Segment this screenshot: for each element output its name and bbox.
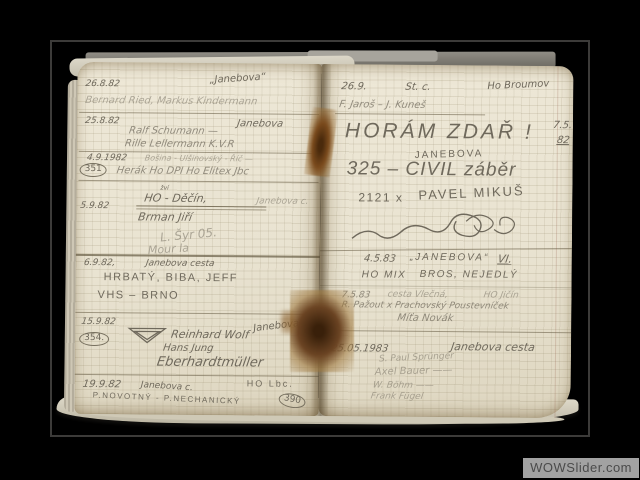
route-name: Janebova xyxy=(236,119,284,129)
climbers-names: P.NOVOTNÝ - P.NECHANICKÝ xyxy=(93,391,241,405)
entry-date: 26.9. xyxy=(341,82,368,92)
entry-date: 15.9.82 xyxy=(81,318,117,327)
climber-name: Reinhard Wolf xyxy=(170,329,249,341)
climber-name: Rille Lellermann K.V.R xyxy=(124,139,235,150)
route-name: cesta Vlečná, xyxy=(387,291,449,301)
signature: W. Böhm —— xyxy=(372,381,434,391)
slider-background: 26.8.82 „Janebova“ Bernard Ried, Markus … xyxy=(0,0,640,480)
route-name: „JANEBOVA“ xyxy=(410,253,490,264)
route-name: Janebova cesta xyxy=(145,259,215,269)
burn-stain-middle xyxy=(290,290,354,372)
ruled-divider xyxy=(320,285,572,288)
entry-date: 25.8.82 xyxy=(84,117,120,126)
route-grade: VI. xyxy=(497,254,513,265)
route-name: „Janebova“ xyxy=(209,73,266,86)
entry-date: 4.9.1982 xyxy=(86,154,127,163)
signature: Frank Fügel xyxy=(370,392,424,401)
margin-line xyxy=(554,66,558,418)
climber-name: Eberhardtmüller xyxy=(156,356,264,370)
page-right: 26.9. St. c. Ho Broumov F. Jaroš – J. Ku… xyxy=(318,64,573,418)
route-name: Janebova c. xyxy=(140,381,193,393)
ruled-divider xyxy=(79,112,319,115)
entry-date: 4.5.83 xyxy=(363,254,396,264)
climbers-names: BROS, NEJEDLÝ xyxy=(420,270,519,281)
club-name: HO Lbc. xyxy=(247,379,294,388)
ruled-divider xyxy=(335,113,485,115)
route-name: St. c. xyxy=(405,83,432,93)
route-name: Janebova cesta xyxy=(450,341,535,353)
slide-photo[interactable]: 26.8.82 „Janebova“ Bernard Ried, Markus … xyxy=(52,42,588,435)
wowslider-watermark-link[interactable]: WOWSlider.com xyxy=(523,458,639,478)
entry-date: 5.9.82 xyxy=(80,202,110,211)
club-name: HO MIX xyxy=(362,270,407,280)
route-name: Janebova c. xyxy=(256,197,309,206)
club-triangle-doodle-icon xyxy=(127,324,167,344)
ruled-divider xyxy=(75,374,319,377)
route-name: Bošina - Ulšinovský - Říč — xyxy=(144,154,253,163)
club-name: HO - Děčín, xyxy=(144,192,208,204)
signature: S. Paul Sprünger xyxy=(379,352,454,364)
ruled-divider xyxy=(319,330,571,333)
ruled-divider xyxy=(320,248,572,251)
entry-date: 7.5. xyxy=(552,121,573,131)
notebook: 26.8.82 „Janebova“ Bernard Ried, Markus … xyxy=(54,48,585,433)
entry-date: 26.8.82 xyxy=(85,80,121,89)
entry-year: 82 xyxy=(556,136,570,146)
climbers-names: Herák Ho DPI Ho Elitex Jbc xyxy=(116,166,250,177)
burn-stain-spot xyxy=(280,310,296,334)
climber-name: Hans Jung xyxy=(162,344,214,354)
climber-name: Ralf Schumann — xyxy=(128,126,218,137)
squiggle-doodle-icon xyxy=(348,198,528,250)
climbers-names: Bernard Ried, Markus Kindermann xyxy=(84,96,258,107)
summit-number-badge: 390 xyxy=(278,391,307,410)
ruled-divider xyxy=(79,180,319,183)
entry-date: 19.9.82 xyxy=(82,380,122,390)
page-left: 26.8.82 „Janebova“ Bernard Ried, Markus … xyxy=(74,62,321,416)
climbers-names: F. Jaroš – J. Kuneš xyxy=(338,100,426,111)
summit-number-badge: 351 xyxy=(80,163,107,177)
climber-name: R. Pažout x Prachovský Poustevníček xyxy=(341,301,510,311)
climber-name: Brman Jiří xyxy=(137,211,193,222)
entry-date: 6.9.82, xyxy=(83,259,116,268)
club-name: Ho Broumov xyxy=(487,79,549,92)
route-line: 325 – CIVIL záběr xyxy=(347,159,517,179)
summit-number-badge: 354. xyxy=(79,332,109,346)
signature: Axel Bauer —— xyxy=(375,366,453,378)
greeting-text: HORÁM ZDAŘ ! xyxy=(345,120,534,143)
climber-name: Míťa Novák xyxy=(397,314,455,324)
club-name: HO Jičín xyxy=(483,291,519,300)
club-name: VHS – BRNO xyxy=(97,290,179,302)
climbers-names: HRBATÝ, BIBA, JEFF xyxy=(104,272,238,284)
